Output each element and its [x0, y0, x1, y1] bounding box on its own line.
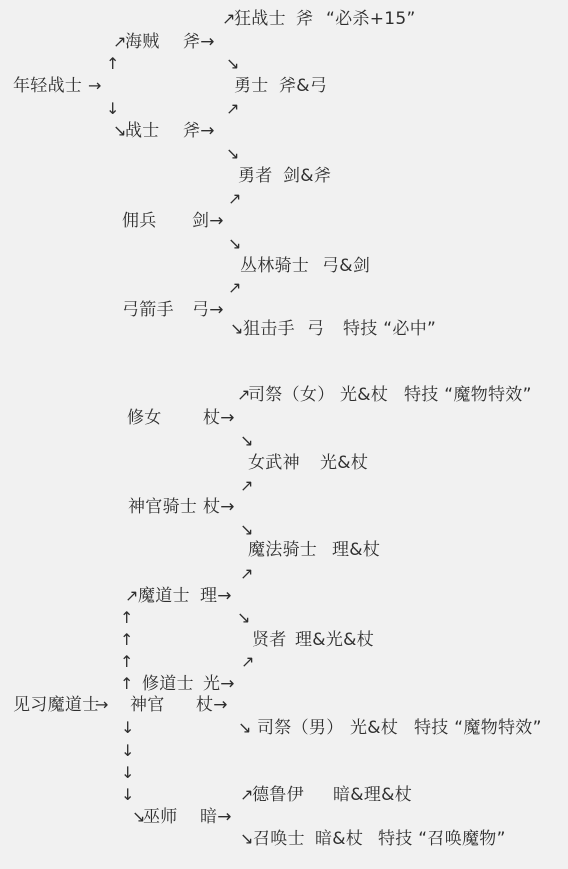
class-druid: 德鲁伊	[252, 784, 304, 806]
class-hero: 勇者	[238, 165, 273, 187]
class-valkyrie: 女武神	[248, 452, 300, 474]
weapon-bow-and-sword: 弓&剑	[322, 255, 370, 277]
class-summoner: 召唤士	[253, 828, 305, 850]
class-shaman: 巫师	[143, 806, 178, 828]
arrow-up-icon: ↑	[120, 629, 134, 651]
weapon-staff-promote-arrow: 杖→	[196, 694, 228, 716]
weapon-dark-promote-arrow: 暗→	[200, 806, 232, 828]
class-warrior: 勇士	[234, 75, 269, 97]
class-priest-knight: 神官骑士	[128, 496, 197, 518]
arrow-up-icon: ↑	[106, 53, 120, 75]
arrow-right-icon: →	[95, 694, 109, 716]
arrow-down-icon: ↓	[121, 740, 135, 762]
class-priest: 神官	[130, 694, 165, 716]
weapon-axe-and-bow: 斧&弓	[279, 75, 327, 97]
weapon-dark-and-staff: 暗&杖	[315, 828, 363, 850]
arrow-right-icon: →	[88, 75, 102, 97]
arrow-se-icon: ↘	[226, 143, 240, 165]
arrow-se-icon: ↘	[226, 53, 240, 75]
skill-crit-plus-15: “必杀+15”	[326, 8, 416, 30]
class-sniper: 狙击手	[243, 318, 295, 340]
skill-monster-slayer: 特技 “魔物特效”	[404, 384, 532, 406]
arrow-ne-icon: ↗	[125, 585, 139, 607]
class-sage: 贤者	[252, 629, 287, 651]
weapon-axe: 斧	[296, 8, 313, 30]
weapon-anima-light-staff: 理&光&杖	[295, 629, 374, 651]
arrow-ne-icon: ↗	[240, 563, 254, 585]
arrow-se-icon: ↘	[230, 318, 244, 340]
class-journeyman: 年轻战士	[13, 75, 82, 97]
class-pupil: 见习魔道士	[13, 694, 100, 716]
arrow-up-icon: ↑	[120, 651, 134, 673]
arrow-se-icon: ↘	[237, 607, 251, 629]
arrow-down-icon: ↓	[121, 762, 135, 784]
class-mercenary: 佣兵	[122, 210, 157, 232]
arrow-ne-icon: ↗	[241, 651, 255, 673]
class-pirate: 海贼	[125, 31, 160, 53]
class-cleric: 修女	[127, 407, 162, 429]
weapon-bow: 弓	[307, 318, 324, 340]
skill-summon-monster: 特技 “召唤魔物”	[378, 828, 506, 850]
weapon-sword-and-axe: 剑&斧	[283, 165, 331, 187]
arrow-se-icon: ↘	[238, 717, 252, 739]
class-archer: 弓箭手	[122, 299, 174, 321]
arrow-down-icon: ↓	[121, 717, 135, 739]
weapon-axe-promote-arrow: 斧→	[183, 120, 215, 142]
class-mage-knight: 魔法骑士	[248, 539, 317, 561]
class-mage: 魔道士	[138, 585, 190, 607]
page: { "page": { "background_color": "#f1f1f1…	[0, 0, 568, 869]
weapon-light-and-staff: 光&杖	[350, 717, 398, 739]
arrow-ne-icon: ↗	[240, 475, 254, 497]
weapon-staff-promote-arrow: 杖→	[203, 496, 235, 518]
class-bishop-female: 司祭（女）	[248, 384, 335, 406]
arrow-ne-icon: ↗	[226, 98, 240, 120]
arrow-ne-icon: ↗	[228, 188, 242, 210]
weapon-sword-promote-arrow: 剑→	[192, 210, 224, 232]
class-fighter: 战士	[125, 120, 160, 142]
arrow-se-icon: ↘	[240, 828, 254, 850]
arrow-down-icon: ↓	[106, 98, 120, 120]
arrow-se-icon: ↘	[228, 233, 242, 255]
skill-sure-shot: 特技 “必中”	[343, 318, 436, 340]
arrow-up-icon: ↑	[120, 607, 134, 629]
weapon-light-promote-arrow: 光→	[203, 673, 235, 695]
weapon-light-and-staff: 光&杖	[320, 452, 368, 474]
class-bishop-male: 司祭（男）	[257, 717, 344, 739]
weapon-light-and-staff: 光&杖	[340, 384, 388, 406]
arrow-se-icon: ↘	[240, 519, 254, 541]
weapon-staff-promote-arrow: 杖→	[203, 407, 235, 429]
skill-monster-slayer: 特技 “魔物特效”	[414, 717, 542, 739]
arrow-ne-icon: ↗	[228, 277, 242, 299]
weapon-anima-promote-arrow: 理→	[200, 585, 232, 607]
class-berserker: 狂战士	[234, 8, 286, 30]
arrow-up-icon: ↑	[120, 673, 134, 695]
weapon-axe-promote-arrow: 斧→	[183, 31, 215, 53]
weapon-bow-promote-arrow: 弓→	[192, 299, 224, 321]
class-monk: 修道士	[142, 673, 194, 695]
class-promotion-tree: ↗狂战士斧“必杀+15”↗海贼斧→↑↘年轻战士→勇士斧&弓↓↗↘战士斧→↘勇者剑…	[0, 0, 568, 869]
arrow-se-icon: ↘	[240, 430, 254, 452]
class-ranger: 丛林骑士	[240, 255, 309, 277]
weapon-anima-and-staff: 理&杖	[332, 539, 380, 561]
weapon-dark-anima-staff: 暗&理&杖	[333, 784, 412, 806]
arrow-down-icon: ↓	[121, 784, 135, 806]
